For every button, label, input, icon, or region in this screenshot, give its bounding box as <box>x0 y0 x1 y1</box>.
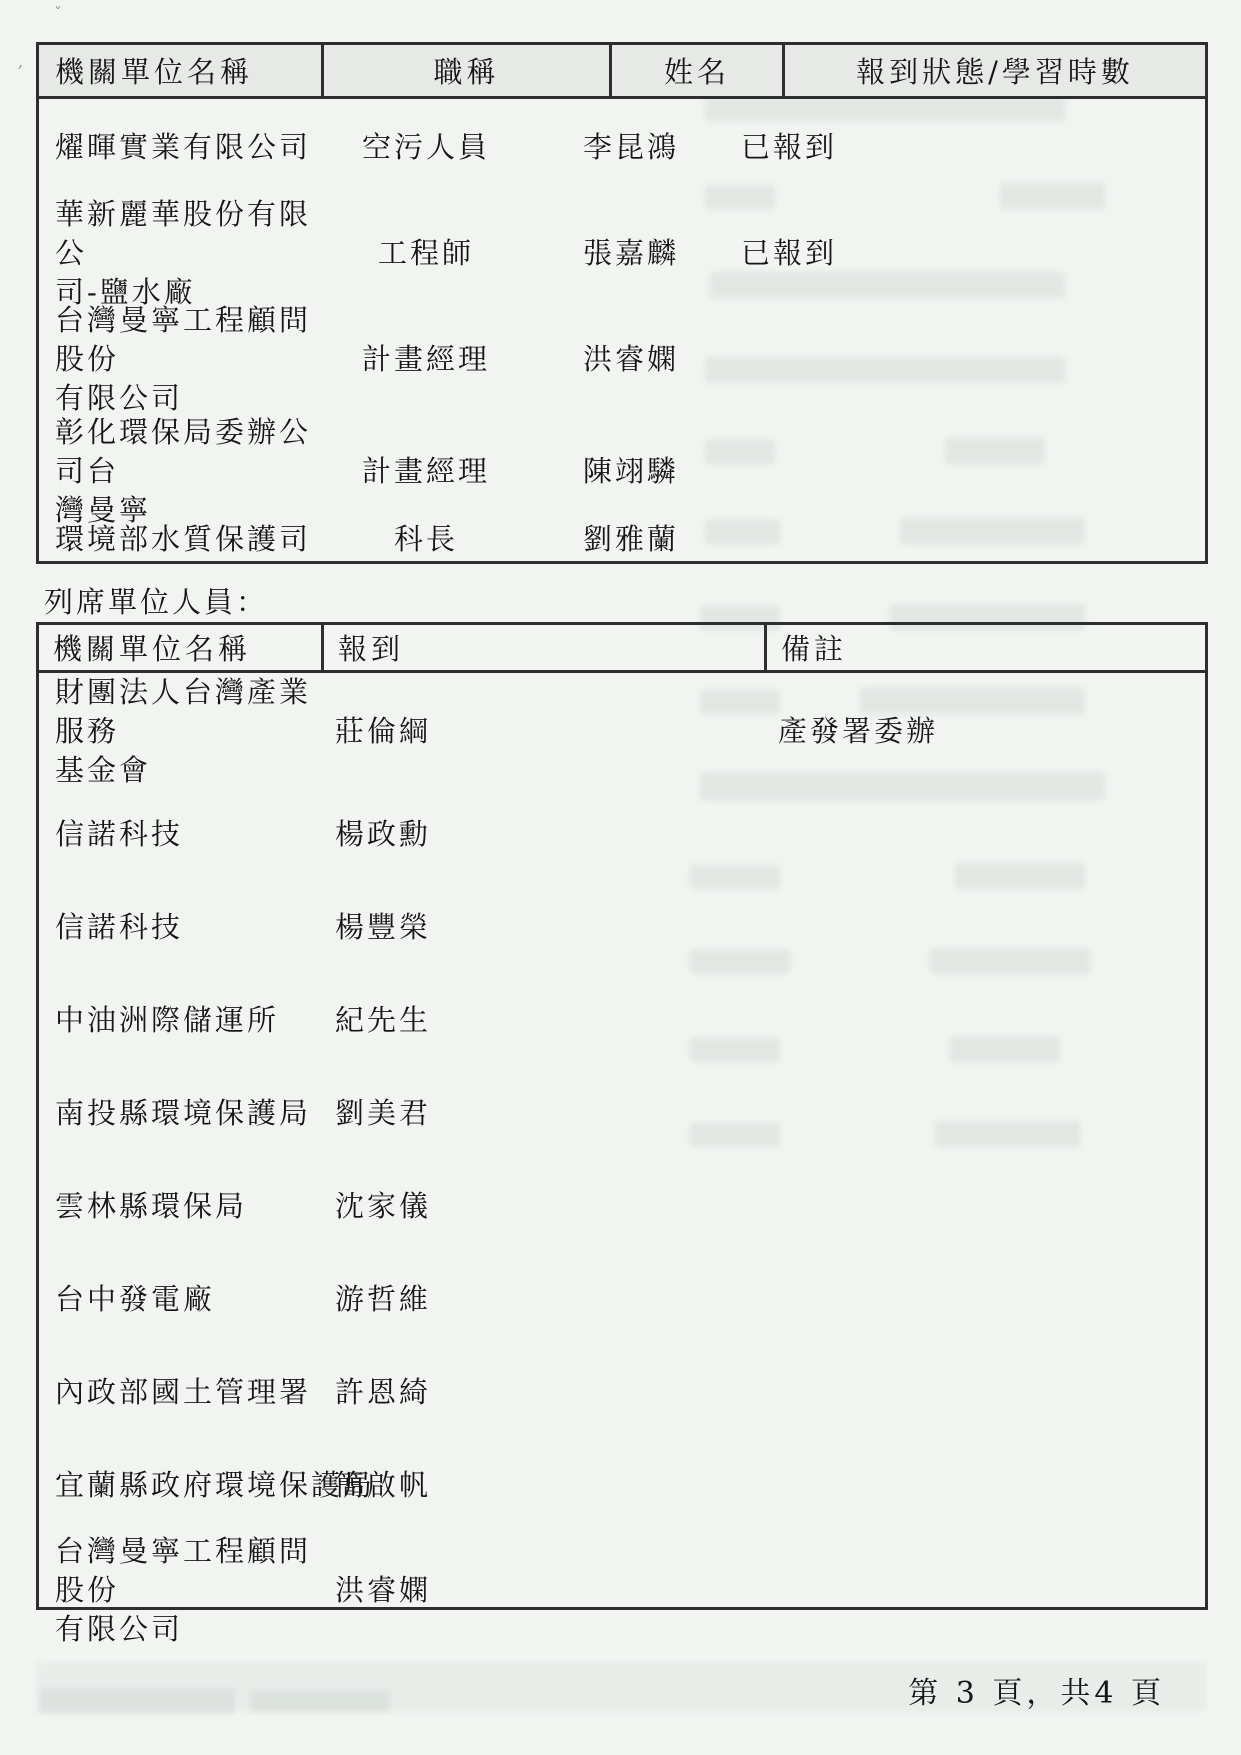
table-row: 台灣曼寧工程顧問股份 有限公司 洪睿嫻 <box>39 1532 1205 1607</box>
table-row: 信諾科技 楊政勳 <box>39 788 1205 881</box>
header-title: 職稱 <box>321 45 609 96</box>
table-row: 彰化環保局委辦公司台 灣曼寧 計畫經理 陳翊驎 <box>39 413 1205 517</box>
table-row: 雲林縣環保局 沈家儀 <box>39 1160 1205 1253</box>
org-cell: 宜蘭縣政府環境保護局 <box>39 1466 321 1505</box>
org-cell: 彰化環保局委辦公司台 灣曼寧 <box>39 413 321 530</box>
checkin-cell: 沈家儀 <box>321 1187 764 1226</box>
observer-section-label: 列席單位人員： <box>44 580 268 621</box>
header-note: 備註 <box>764 625 1205 670</box>
title-cell: 計畫經理 <box>321 452 531 491</box>
title-cell: 計畫經理 <box>321 340 531 379</box>
org-cell: 台灣曼寧工程顧問股份 有限公司 <box>39 301 321 418</box>
status-cell: 已報到 <box>731 234 1205 273</box>
title-cell: 空污人員 <box>321 128 531 167</box>
note-cell: 產發署委辦 <box>764 712 1205 751</box>
scanned-document-page: ˇ , 機關單位名稱 職稱 姓名 報到狀態/學習時數 燿暉實業有限公司 空污人員… <box>0 0 1241 1755</box>
name-cell: 李昆鴻 <box>531 128 731 167</box>
checkin-cell: 洪睿嫻 <box>321 1571 764 1610</box>
attendee-table-body: 燿暉實業有限公司 空污人員 李昆鴻 已報到 華新麗華股份有限公 司-鹽水廠 工程… <box>39 99 1205 561</box>
org-cell: 內政部國土管理署 <box>39 1373 321 1412</box>
header-org: 機關單位名稱 <box>39 625 321 670</box>
title-cell: 工程師 <box>321 234 531 273</box>
table-row: 燿暉實業有限公司 空污人員 李昆鴻 已報到 <box>39 99 1205 195</box>
header-org: 機關單位名稱 <box>39 45 321 96</box>
org-cell: 華新麗華股份有限公 司-鹽水廠 <box>39 195 321 312</box>
name-cell: 劉雅蘭 <box>531 520 731 559</box>
table-row: 台灣曼寧工程顧問股份 有限公司 計畫經理 洪睿嫻 <box>39 301 1205 413</box>
org-cell: 信諾科技 <box>39 908 321 947</box>
bleed-through-smudge <box>250 1690 390 1712</box>
status-cell: 已報到 <box>731 128 1205 167</box>
observer-table: 機關單位名稱 報到 備註 財團法人台灣產業服務 基金會 莊倫綱 產發署委辦 信諾… <box>36 622 1208 1610</box>
org-cell: 中油洲際儲運所 <box>39 1001 321 1040</box>
name-cell: 洪睿嫻 <box>531 340 731 379</box>
checkin-cell: 游哲維 <box>321 1280 764 1319</box>
org-cell: 台中發電廠 <box>39 1280 321 1319</box>
table-row: 台中發電廠 游哲維 <box>39 1253 1205 1346</box>
attendee-table: 機關單位名稱 職稱 姓名 報到狀態/學習時數 燿暉實業有限公司 空污人員 李昆鴻… <box>36 42 1208 564</box>
table-row: 內政部國土管理署 許恩綺 <box>39 1346 1205 1439</box>
org-cell: 環境部水質保護司 <box>39 520 321 559</box>
org-cell: 燿暉實業有限公司 <box>39 128 321 167</box>
header-status: 報到狀態/學習時數 <box>782 45 1205 96</box>
page-number: 第 3 頁，共4 頁 <box>908 1668 1165 1712</box>
checkin-cell: 紀先生 <box>321 1001 764 1040</box>
checkin-cell: 簡啟帆 <box>321 1466 764 1505</box>
table-row: 南投縣環境保護局 劉美君 <box>39 1067 1205 1160</box>
title-cell: 科長 <box>321 520 531 559</box>
table-row: 華新麗華股份有限公 司-鹽水廠 工程師 張嘉麟 已報到 <box>39 195 1205 301</box>
observer-table-header-row: 機關單位名稱 報到 備註 <box>39 625 1205 673</box>
checkin-cell: 劉美君 <box>321 1094 764 1133</box>
name-cell: 陳翊驎 <box>531 452 731 491</box>
table-row: 信諾科技 楊豐榮 <box>39 881 1205 974</box>
checkin-cell: 許恩綺 <box>321 1373 764 1412</box>
scan-speck: ˇ <box>54 4 62 23</box>
org-cell: 財團法人台灣產業服務 基金會 <box>39 673 321 790</box>
header-name: 姓名 <box>609 45 782 96</box>
scan-speck: , <box>18 52 23 71</box>
bleed-through-smudge <box>40 1688 235 1714</box>
org-cell: 雲林縣環保局 <box>39 1187 321 1226</box>
table-row: 宜蘭縣政府環境保護局 簡啟帆 <box>39 1439 1205 1532</box>
org-cell: 台灣曼寧工程顧問股份 有限公司 <box>39 1532 321 1649</box>
org-cell: 南投縣環境保護局 <box>39 1094 321 1133</box>
checkin-cell: 楊豐榮 <box>321 908 764 947</box>
checkin-cell: 莊倫綱 <box>321 712 764 751</box>
attendee-table-header-row: 機關單位名稱 職稱 姓名 報到狀態/學習時數 <box>39 45 1205 99</box>
table-row: 財團法人台灣產業服務 基金會 莊倫綱 產發署委辦 <box>39 673 1205 788</box>
table-row: 中油洲際儲運所 紀先生 <box>39 974 1205 1067</box>
org-cell: 信諾科技 <box>39 815 321 854</box>
observer-table-body: 財團法人台灣產業服務 基金會 莊倫綱 產發署委辦 信諾科技 楊政勳 信諾科技 楊… <box>39 673 1205 1607</box>
header-checkin: 報到 <box>321 625 764 670</box>
table-row: 環境部水質保護司 科長 劉雅蘭 <box>39 517 1205 561</box>
checkin-cell: 楊政勳 <box>321 815 764 854</box>
name-cell: 張嘉麟 <box>531 234 731 273</box>
